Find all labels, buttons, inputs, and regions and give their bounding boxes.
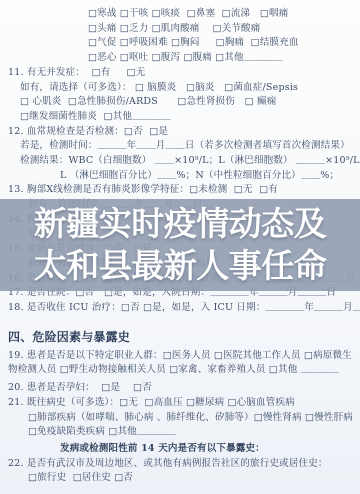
form-line: □旅行史 □居住史 □否 <box>0 471 360 486</box>
form-line: 12. 血常规检查是否检测：□否 □是 <box>0 125 360 140</box>
page: □寒战 □干咳 □咳痰 □鼻塞 □流涕 □咽痛□头痛 □乏力 □肌肉酸痛 □关节… <box>0 0 360 494</box>
banner-title-line1: 新疆实时疫情动态及 <box>0 203 360 245</box>
form-line: 21. 既往病史（可多选）：□无 □高血压 □糖尿病 □心脑血管疾病 <box>0 396 360 411</box>
form-line: 发病或检测阳性前 14 天内是否有以下暴露史： <box>0 442 360 457</box>
overlay-banner: 新疆实时疫情动态及 太和县最新人事任命 <box>0 203 360 287</box>
form-line: 22. 是否有武汉市及周边地区、或其他有病例报告社区的旅行史或居住史： <box>0 457 360 472</box>
form-line: □寒战 □干咳 □咳痰 □鼻塞 □流涕 □咽痛 <box>0 7 360 22</box>
form-line: □ 心肌炎 □急性肺损伤/ARDS □急性肾损伤 □ 癫痫 <box>0 95 360 110</box>
form-line: □继发细菌性肺炎 □其他＿＿＿＿ <box>0 110 360 125</box>
form-line: □头痛 □乏力 □肌肉酸痛 □关节酸痛 <box>0 22 360 37</box>
form-line: □气促 □呼吸困难 □胸闷 □胸痛 □结膜充血 <box>0 36 360 51</box>
form-line: □肺部疾病（如哮喘、肺心病 、肺纤维化、矽肺等）□慢性肾病 □慢性肝病 <box>0 411 360 426</box>
banner-title-line2: 太和县最新人事任命 <box>0 245 360 287</box>
form-line: 如有，请选择（可多选）： □ 脑膜炎 □脑炎 □菌血症/Sepsis <box>0 81 360 96</box>
form-line: 11. 有无并发症： □有 □无 <box>0 66 360 81</box>
form-line: 18. 是否收住 ICU 治疗：□否 □是，如是，入 ICU 日期：＿＿＿＿年＿… <box>0 301 360 316</box>
form-line: □恶心 □呕吐 □腹泻 □腹痛 □其他＿＿＿＿ <box>0 51 360 66</box>
document-photo: □寒战 □干咳 □咳痰 □鼻塞 □流涕 □咽痛□头痛 □乏力 □肌肉酸痛 □关节… <box>0 0 360 494</box>
form-line: 13. 胸部X线检测是否有肺炎影像学特征：□未检测 □无 □有 <box>0 183 360 198</box>
form-line: L （淋巴细胞百分比）＿＿%；N（中性粒细胞百分比）＿＿%； <box>0 169 360 184</box>
form-line: 19. 患者是否是以下特定职业人群：□医务人员 □医院其他工作人员 □病原微生 <box>0 349 360 364</box>
form-line: 20. 患者是否孕妇： □是 □否 <box>0 381 360 396</box>
form-line: □免疫缺陷类疾病 □其他＿＿＿＿ <box>0 425 360 440</box>
form-line: 检测结果：WBC（白细胞数） ＿＿×10⁹/L；L（淋巴细胞数） ＿＿＿×10⁹… <box>0 154 360 169</box>
form-line: 四、危险因素与暴露史 <box>0 328 360 346</box>
form-line: 若是，检测时间：＿＿＿年＿＿月＿＿日（若多次检测者填写首次检测结果） <box>0 139 360 154</box>
form-line: 物检测人员 □野生动物接触相关人员 □家禽、家畜养殖人员 □其他 ＿＿＿＿ <box>0 363 360 378</box>
